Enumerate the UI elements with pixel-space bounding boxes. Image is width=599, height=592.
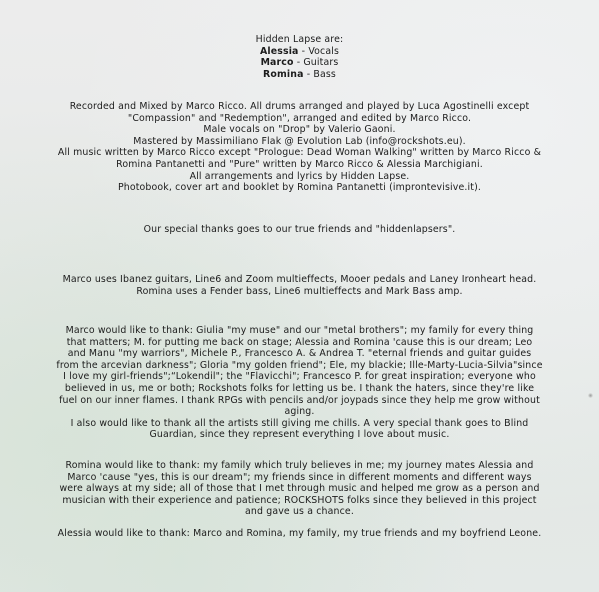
member-role: Guitars <box>303 57 338 68</box>
member-name: Alessia <box>260 46 299 57</box>
credit-line: Mastered by Massimiliano Flak @ Evolutio… <box>0 136 599 148</box>
band-members: Hidden Lapse are: Alessia - Vocals Marco… <box>0 34 599 80</box>
credit-line: Photobook, cover art and booklet by Romi… <box>0 182 599 194</box>
recording-credits: Recorded and Mixed by Marco Ricco. All d… <box>0 101 599 194</box>
thanks-line: Marco 'cause "yes, this is our dream"; m… <box>0 472 599 484</box>
credit-line: Male vocals on "Drop" by Valerio Gaoni. <box>0 124 599 136</box>
thanks-line: I love my girl-friends";“Lokendil"; the … <box>0 371 599 383</box>
special-thanks: Our special thanks goes to our true frie… <box>0 224 599 236</box>
thanks-line: from the arcevian darkness"; Gloria "my … <box>0 360 599 372</box>
member-line: Romina - Bass <box>0 69 599 81</box>
member-role: Vocals <box>308 46 339 57</box>
thanks-line: musician with their experience and patie… <box>0 495 599 507</box>
credit-line: Recorded and Mixed by Marco Ricco. All d… <box>0 101 599 113</box>
alessia-thanks: Alessia would like to thank: Marco and R… <box>0 528 599 540</box>
member-name: Romina <box>263 69 304 80</box>
members-heading: Hidden Lapse are: <box>0 34 599 46</box>
thanks-line: Romina would like to thank: my family wh… <box>0 460 599 472</box>
thanks-line: Guardian, since they represent everythin… <box>0 429 599 441</box>
member-role: Bass <box>313 69 336 80</box>
thanks-line: aging. <box>0 406 599 418</box>
member-line: Alessia - Vocals <box>0 46 599 58</box>
scan-speck-decoration <box>588 393 593 398</box>
special-thanks-line: Our special thanks goes to our true frie… <box>0 224 599 236</box>
booklet-page: Hidden Lapse are: Alessia - Vocals Marco… <box>0 0 599 592</box>
credit-line: "Compassion" and "Redemption", arranged … <box>0 113 599 125</box>
gear-line: Romina uses a Fender bass, Line6 multief… <box>0 286 599 298</box>
thanks-line: and Manu "my warriors", Michele P., Fran… <box>0 348 599 360</box>
thanks-line: and gave us a chance. <box>0 506 599 518</box>
thanks-line: Marco would like to thank: Giulia "my mu… <box>0 325 599 337</box>
member-name: Marco <box>261 57 294 68</box>
thanks-line: I also would like to thank all the artis… <box>0 418 599 430</box>
credit-line: Romina Pantanetti and "Pure" written by … <box>0 159 599 171</box>
thanks-line: believed in us, me or both; Rockshots fo… <box>0 383 599 395</box>
romina-thanks: Romina would like to thank: my family wh… <box>0 460 599 518</box>
thanks-line: Alessia would like to thank: Marco and R… <box>0 528 599 540</box>
credit-line: All music written by Marco Ricco except … <box>0 147 599 159</box>
thanks-line: that matters; M. for putting me back on … <box>0 337 599 349</box>
marco-thanks: Marco would like to thank: Giulia "my mu… <box>0 325 599 441</box>
gear-endorsements: Marco uses Ibanez guitars, Line6 and Zoo… <box>0 274 599 297</box>
member-line: Marco - Guitars <box>0 57 599 69</box>
thanks-line: fuel on our inner flames. I thank RPGs w… <box>0 395 599 407</box>
thanks-line: were always at my side; all of those tha… <box>0 483 599 495</box>
gear-line: Marco uses Ibanez guitars, Line6 and Zoo… <box>0 274 599 286</box>
credit-line: All arrangements and lyrics by Hidden La… <box>0 171 599 183</box>
